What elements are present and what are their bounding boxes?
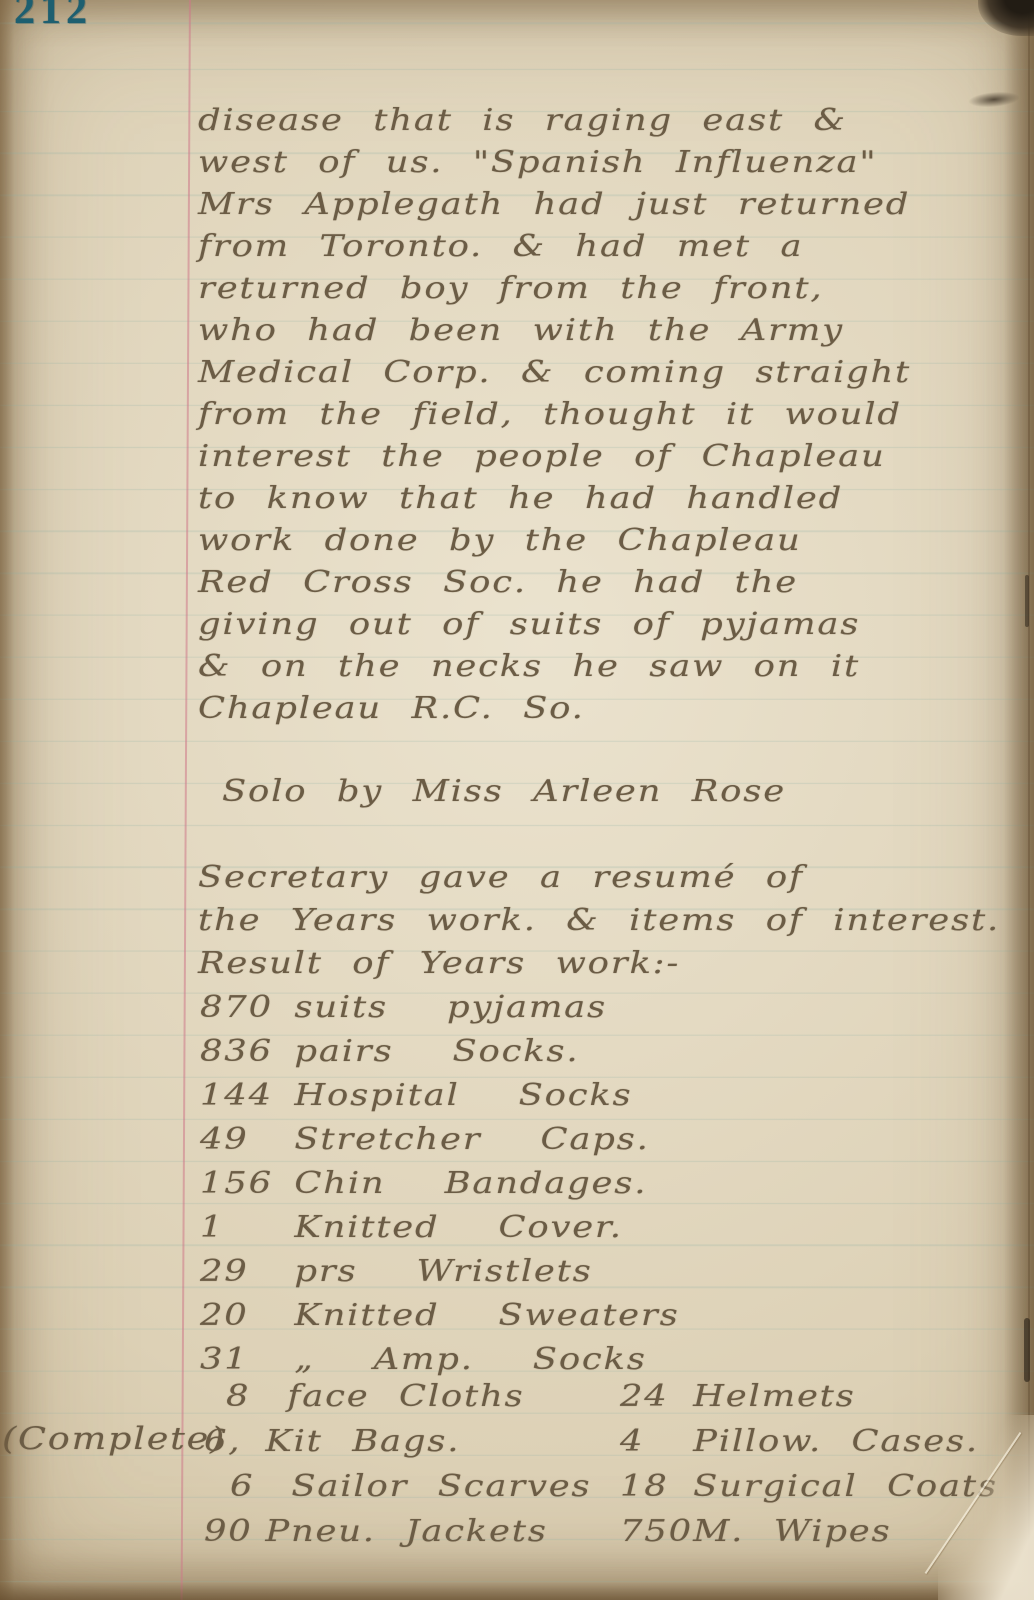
handwriting-line: Red Cross Soc. he had the (198, 562, 911, 604)
result-row: 8face Cloths 24Helmets (0, 1374, 1034, 1419)
result-qty: 6 (230, 1464, 291, 1509)
handwriting-line: disease that is raging east & (198, 100, 911, 142)
result-row: (Complete) 6,Kit Bags. 4Pillow. Cases. (0, 1419, 1034, 1464)
handwriting-line: interest the people of Chapleau (198, 436, 911, 478)
right-entry: 4Pillow. Cases. (620, 1419, 979, 1464)
left-entry: 90Pneu. Jackets (204, 1509, 548, 1554)
result-qty: 870 (200, 986, 294, 1030)
result-label: Kit Bags. (265, 1424, 460, 1459)
result-label: prs Wristlets (294, 1254, 592, 1289)
handwriting-line: giving out of suits of pyjamas (198, 604, 911, 646)
result-label: Chin Bandages. (294, 1166, 647, 1201)
edge-dark-mark (1024, 1318, 1030, 1382)
result-item: 29prs Wristlets (200, 1250, 680, 1294)
handwriting-line: Medical Corp. & coming straight (198, 352, 911, 394)
handwriting-line: west of us. "Spanish Influenza" (198, 142, 911, 184)
left-entry: 6Sailor Scarves (230, 1464, 591, 1509)
result-qty: 836 (200, 1030, 294, 1074)
result-qty: 90 (204, 1509, 265, 1554)
margin-note: (Complete) (2, 1417, 226, 1462)
handwriting-line: to know that he had handled (198, 478, 911, 520)
result-label: Stretcher Caps. (294, 1122, 649, 1157)
result-qty: 6, (204, 1419, 265, 1464)
result-item: 144Hospital Socks (200, 1074, 680, 1118)
right-entry: 750M. Wipes (620, 1509, 891, 1554)
result-label: M. Wipes (693, 1514, 891, 1549)
handwriting-line: returned boy from the front, (198, 268, 911, 310)
result-row: 6Sailor Scarves 18Surgical Coats (0, 1464, 1034, 1509)
solo-line: Solo by Miss Arleen Rose (222, 774, 700, 809)
result-label: face Cloths (287, 1379, 524, 1414)
result-qty: 750 (620, 1509, 693, 1554)
result-item: 1Knitted Cover. (200, 1206, 680, 1250)
handwriting-line: Chapleau R.C. So. (198, 688, 911, 730)
result-row: 90Pneu. Jackets 750M. Wipes (0, 1509, 1034, 1554)
page-corner-tear (938, 1415, 1034, 1600)
result-label: Helmets (693, 1379, 855, 1414)
result-qty: 29 (200, 1250, 294, 1294)
handwriting-line: the Years work. & items of interest. (198, 899, 1000, 942)
handwriting-line: Result of Years work:- (198, 942, 1000, 985)
result-item: 20Knitted Sweaters (200, 1294, 680, 1338)
result-qty: 20 (200, 1294, 294, 1338)
result-label: Hospital Socks (294, 1078, 632, 1113)
bottom-edge-shadow (0, 1582, 1034, 1600)
handwriting-line: work done by the Chapleau (198, 520, 911, 562)
result-qty: 144 (200, 1074, 294, 1118)
left-entry: 6,Kit Bags. (204, 1419, 460, 1464)
secretary-summary: Secretary gave a resumé of the Years wor… (198, 856, 878, 985)
handwriting-line: Solo by Miss Arleen Rose (222, 774, 786, 809)
page-number: 212 (14, 0, 92, 34)
result-label: pairs Socks. (294, 1034, 579, 1069)
result-item: 870suits pyjamas (200, 986, 680, 1030)
result-label: Knitted Sweaters (294, 1298, 679, 1333)
binding-shadow-left (0, 0, 14, 1600)
handwriting-line: from Toronto. & had met a (198, 226, 911, 268)
result-item: 156Chin Bandages. (200, 1162, 680, 1206)
handwriting-line: & on the necks he saw on it (198, 646, 911, 688)
edge-dark-mark (1025, 575, 1029, 627)
result-label: Sailor Scarves (291, 1469, 591, 1504)
result-label: „ Amp. Socks (294, 1342, 646, 1377)
result-label: Pillow. Cases. (693, 1424, 979, 1459)
results-list: 870suits pyjamas 836pairs Socks. 144Hosp… (200, 986, 606, 1382)
handwriting-line: Secretary gave a resumé of (198, 856, 1000, 899)
result-label: Knitted Cover. (294, 1210, 622, 1245)
result-qty: 4 (620, 1419, 693, 1464)
handwriting-line: who had been with the Army (198, 310, 911, 352)
result-qty: 49 (200, 1118, 294, 1162)
result-qty: 24 (620, 1374, 693, 1419)
left-entry: 8face Cloths (226, 1374, 525, 1419)
result-label: suits pyjamas (294, 990, 607, 1025)
handwriting-line: from the field, thought it would (198, 394, 911, 436)
result-item: 49Stretcher Caps. (200, 1118, 680, 1162)
minutes-paragraph: disease that is raging east & west of us… (198, 100, 802, 730)
result-qty: 8 (226, 1374, 287, 1419)
ledger-page: 212 disease that is raging east & west o… (0, 0, 1034, 1600)
result-item: 836pairs Socks. (200, 1030, 680, 1074)
result-qty: 18 (620, 1464, 693, 1509)
result-qty: 1 (200, 1206, 294, 1250)
result-label: Pneu. Jackets (265, 1514, 547, 1549)
handwriting-line: Mrs Applegath had just returned (198, 184, 911, 226)
two-column-results: 8face Cloths 24Helmets (Complete) 6,Kit … (0, 1374, 1034, 1554)
result-qty: 156 (200, 1162, 294, 1206)
right-entry: 24Helmets (620, 1374, 856, 1419)
